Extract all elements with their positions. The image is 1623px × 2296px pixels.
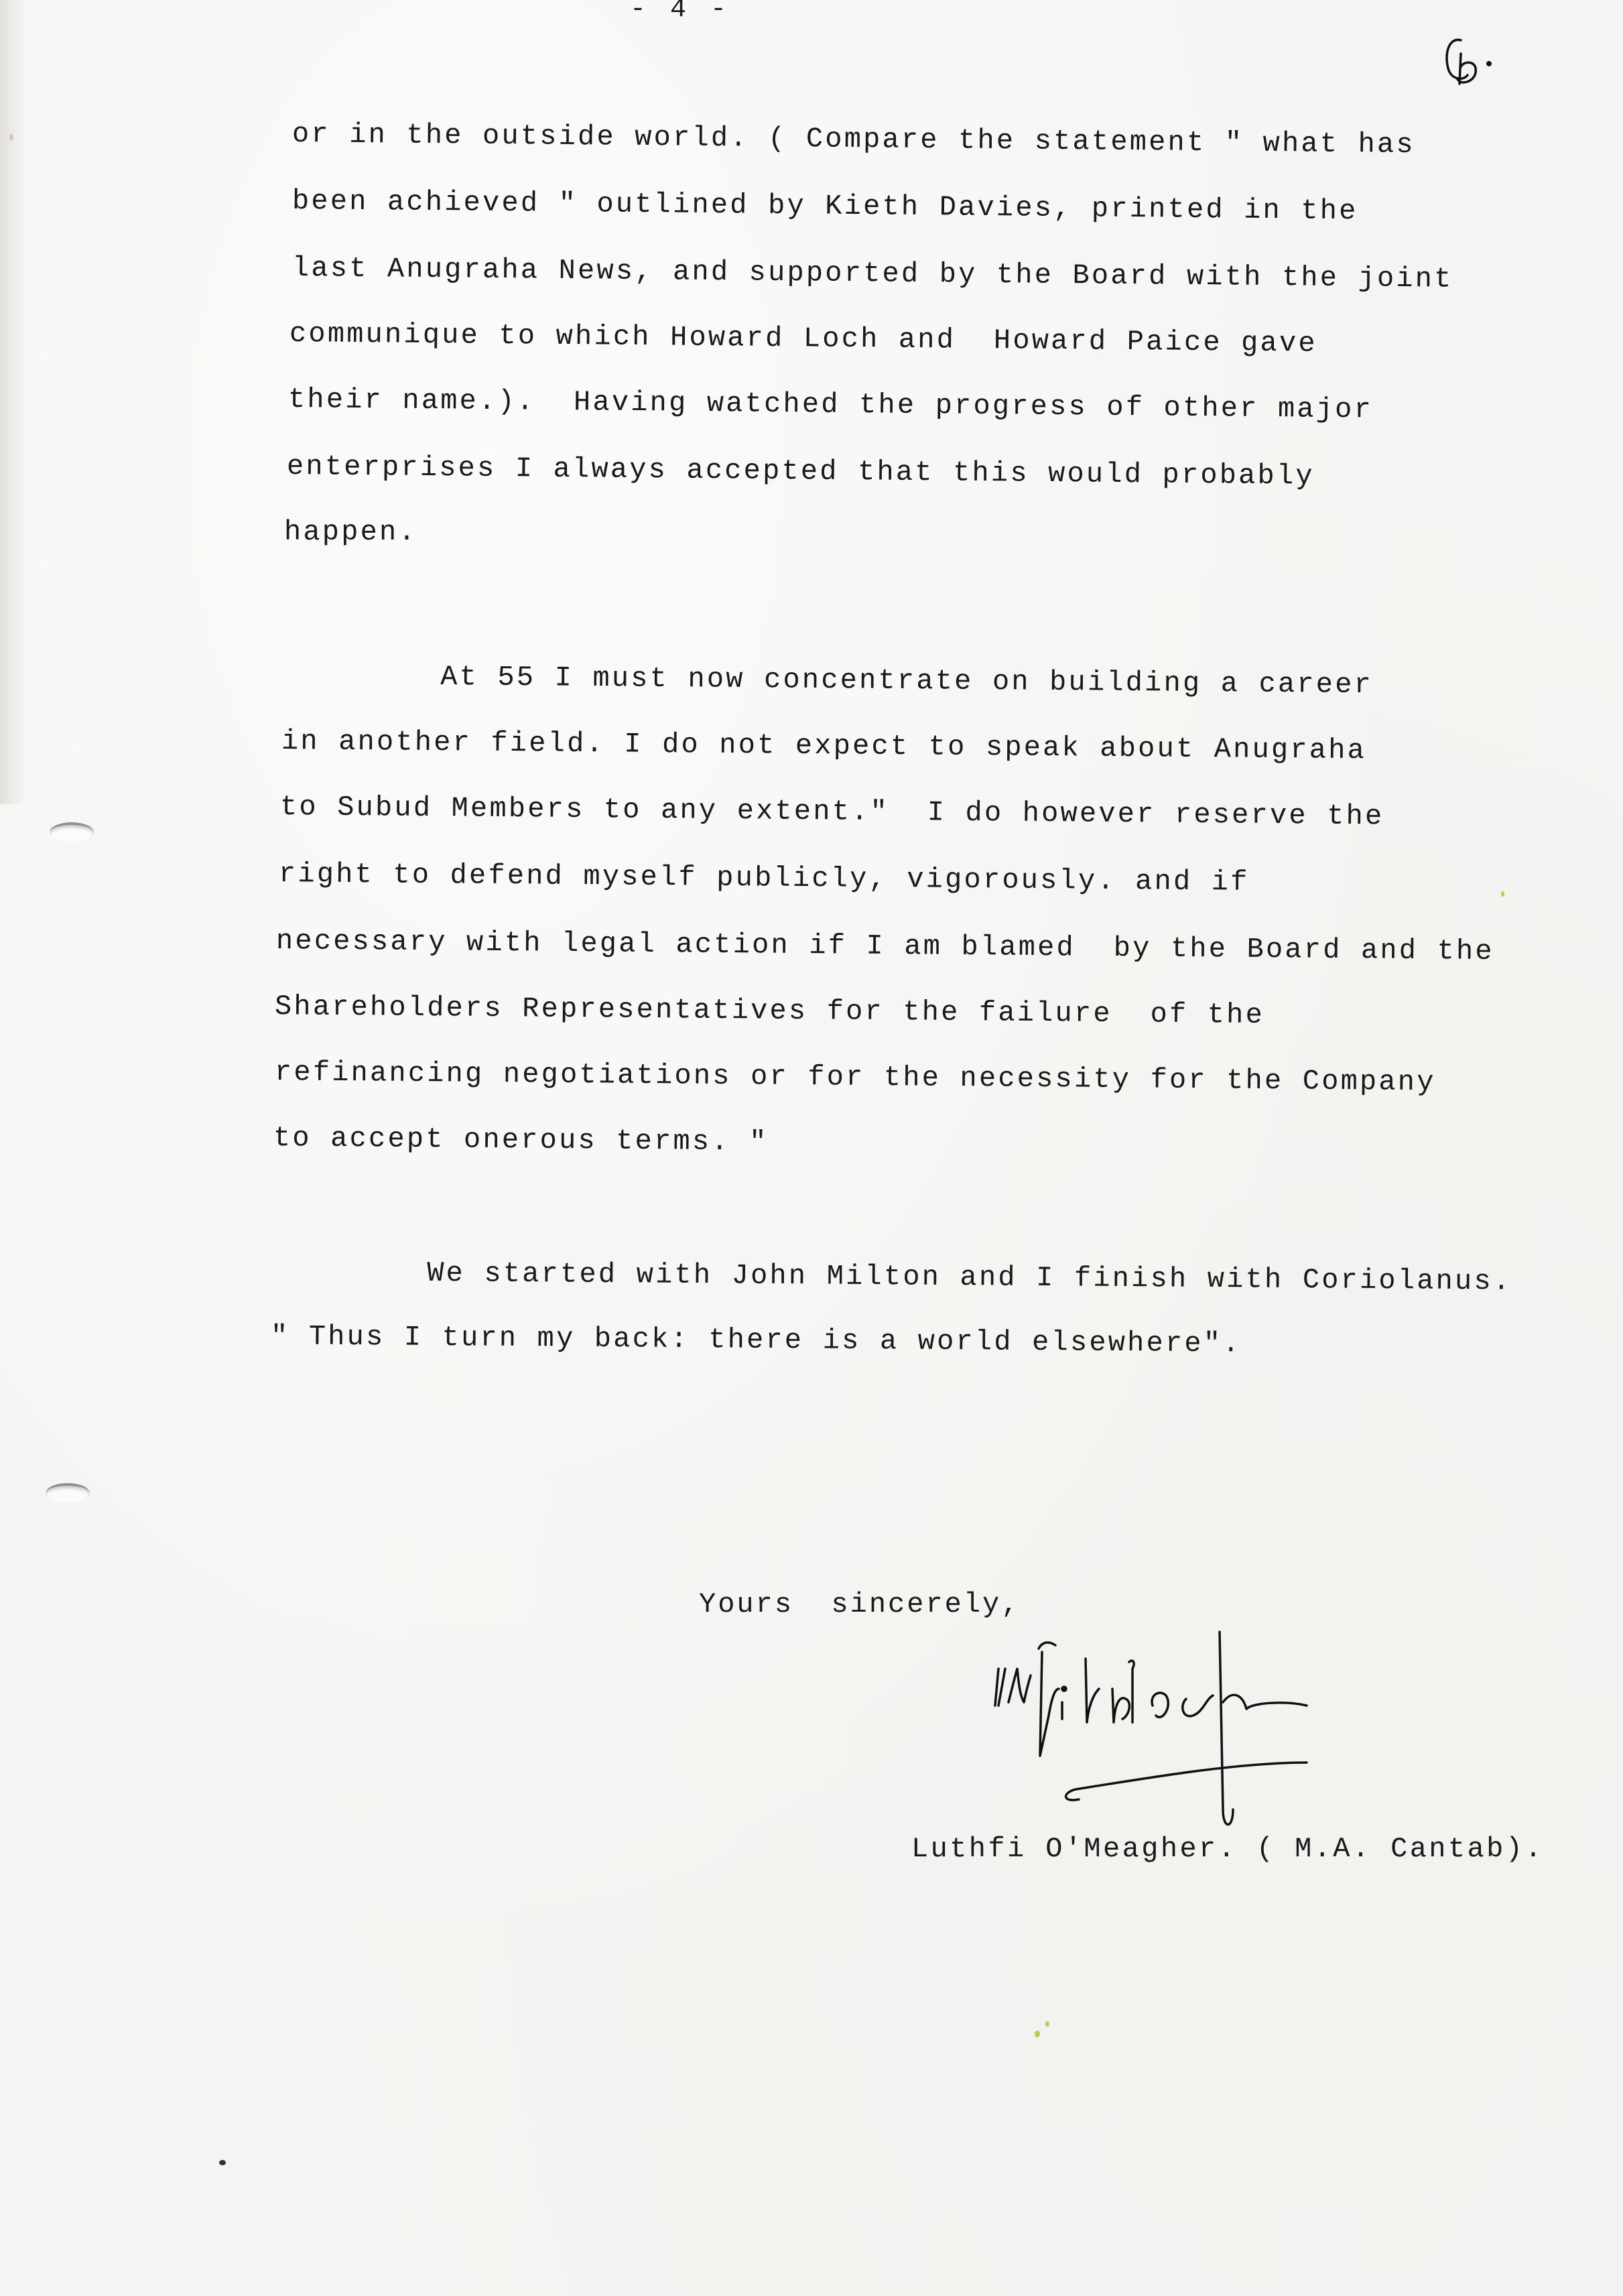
scanned-page: - 4 - or in the outside world. ( Compare…	[0, 0, 1623, 2296]
text-line: happen.	[284, 516, 417, 548]
handwritten-initial-mark	[1441, 27, 1494, 94]
paper-speck	[9, 134, 13, 141]
text-line: been achieved " outlined by Kieth Davies…	[292, 185, 1358, 227]
text-line: last Anugraha News, and supported by the…	[292, 252, 1453, 296]
text-line: At 55 I must now concentrate on building…	[288, 659, 1373, 701]
text-line: Shareholders Representatives for the fai…	[275, 991, 1264, 1031]
paper-speck	[219, 2160, 226, 2165]
text-line: to Subud Members to any extent." I do ho…	[280, 791, 1384, 832]
page-edge-shadow	[0, 0, 27, 804]
text-line: to accept onerous terms. "	[273, 1122, 769, 1158]
text-line: refinancing negotiations or for the nece…	[275, 1056, 1436, 1098]
paper-speck	[1501, 891, 1504, 897]
signatory-name: Luthfi O'Meagher. ( M.A. Cantab).	[911, 1833, 1544, 1865]
text-line: in another field. I do not expect to spe…	[281, 725, 1366, 767]
text-line: enterprises I always accepted that this …	[287, 450, 1315, 493]
paper-speck	[1035, 2031, 1040, 2037]
text-line: necessary with legal action if I am blam…	[276, 925, 1494, 968]
text-line: right to defend myself publicly, vigorou…	[279, 858, 1250, 899]
closing-salutation: Yours sincerely,	[699, 1588, 1020, 1620]
punch-hole-top	[50, 822, 94, 842]
handwritten-signature	[992, 1622, 1555, 1843]
text-line: " Thus I turn my back: there is a world …	[271, 1320, 1242, 1360]
punch-hole-bottom	[46, 1483, 90, 1503]
text-line: or in the outside world. ( Compare the s…	[292, 118, 1415, 161]
text-line: We started with John Milton and I finish…	[275, 1256, 1512, 1297]
text-line: their name.). Having watched the progres…	[288, 383, 1373, 426]
paper-speck	[1045, 2021, 1049, 2027]
text-line: communique to which Howard Loch and Howa…	[289, 318, 1317, 360]
page-number: - 4 -	[630, 0, 730, 25]
